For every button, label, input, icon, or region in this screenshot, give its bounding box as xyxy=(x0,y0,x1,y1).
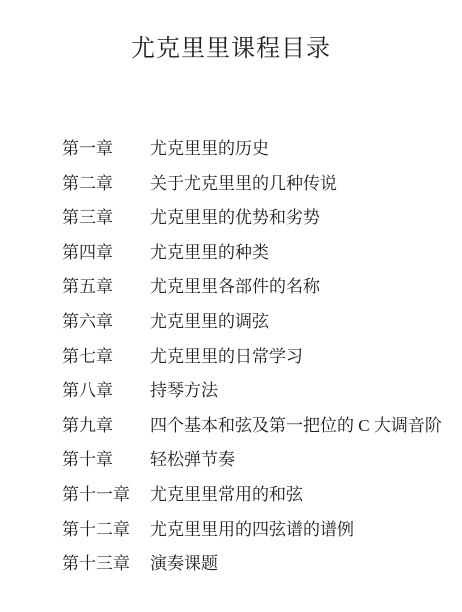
chapter-title: 尤克里里的种类 xyxy=(150,243,442,262)
chapter-title: 尤克里里常用的和弦 xyxy=(150,485,442,504)
toc-row: 第五章尤克里里各部件的名称 xyxy=(62,277,442,312)
document-page: 尤克里里课程目录 第一章尤克里里的历史第二章关于尤克里里的几种传说第三章尤克里里… xyxy=(0,0,462,612)
chapter-number: 第九章 xyxy=(62,416,150,435)
toc-row: 第十三章演奏课题 xyxy=(62,554,442,589)
toc-list: 第一章尤克里里的历史第二章关于尤克里里的几种传说第三章尤克里里的优势和劣势第四章… xyxy=(62,139,442,589)
page-title: 尤克里里课程目录 xyxy=(0,28,462,63)
chapter-number: 第八章 xyxy=(62,381,150,400)
chapter-number: 第二章 xyxy=(62,174,150,193)
chapter-number: 第四章 xyxy=(62,243,150,262)
chapter-title: 持琴方法 xyxy=(150,381,442,400)
chapter-number: 第三章 xyxy=(62,208,150,227)
toc-row: 第十章轻松弹节奏 xyxy=(62,450,442,485)
toc-row: 第二章关于尤克里里的几种传说 xyxy=(62,174,442,209)
chapter-number: 第七章 xyxy=(62,347,150,366)
chapter-title: 轻松弹节奏 xyxy=(150,450,442,469)
chapter-title: 四个基本和弦及第一把位的 C 大调音阶 xyxy=(150,416,442,435)
toc-row: 第八章持琴方法 xyxy=(62,381,442,416)
chapter-number: 第五章 xyxy=(62,277,150,296)
toc-row: 第一章尤克里里的历史 xyxy=(62,139,442,174)
chapter-number: 第十三章 xyxy=(62,554,150,573)
chapter-title: 演奏课题 xyxy=(150,554,442,573)
toc-row: 第十一章尤克里里常用的和弦 xyxy=(62,485,442,520)
chapter-number: 第十二章 xyxy=(62,520,150,539)
chapter-number: 第十一章 xyxy=(62,485,150,504)
chapter-title: 关于尤克里里的几种传说 xyxy=(150,174,442,193)
toc-row: 第三章尤克里里的优势和劣势 xyxy=(62,208,442,243)
toc-row: 第七章尤克里里的日常学习 xyxy=(62,347,442,382)
chapter-number: 第一章 xyxy=(62,139,150,158)
chapter-title: 尤克里里用的四弦谱的谱例 xyxy=(150,520,442,539)
chapter-number: 第十章 xyxy=(62,450,150,469)
chapter-title: 尤克里里的日常学习 xyxy=(150,347,442,366)
toc-row: 第十二章尤克里里用的四弦谱的谱例 xyxy=(62,520,442,555)
chapter-title: 尤克里里的优势和劣势 xyxy=(150,208,442,227)
toc-row: 第六章尤克里里的调弦 xyxy=(62,312,442,347)
chapter-title: 尤克里里的调弦 xyxy=(150,312,442,331)
toc-row: 第四章尤克里里的种类 xyxy=(62,243,442,278)
chapter-title: 尤克里里各部件的名称 xyxy=(150,277,442,296)
chapter-title: 尤克里里的历史 xyxy=(150,139,442,158)
chapter-number: 第六章 xyxy=(62,312,150,331)
toc-row: 第九章四个基本和弦及第一把位的 C 大调音阶 xyxy=(62,416,442,451)
